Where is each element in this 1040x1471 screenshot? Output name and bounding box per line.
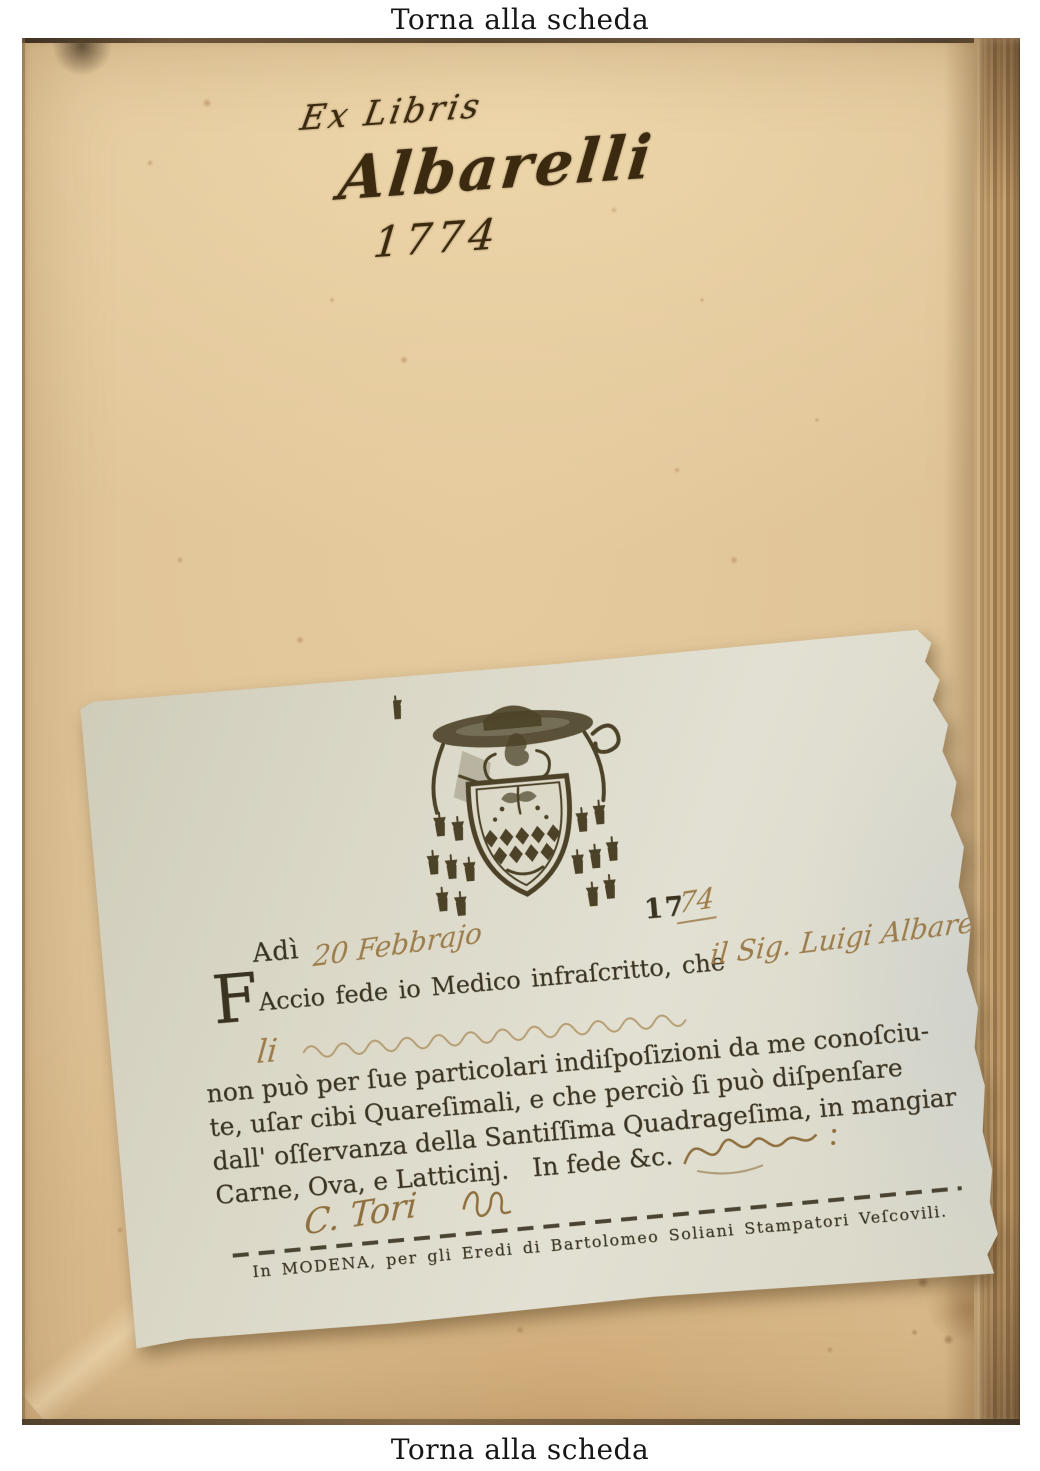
viewer-page: Torna alla scheda Ex Libris Albarelli 17… (0, 0, 1040, 1471)
coat-of-arms-icon (393, 676, 644, 927)
back-to-record-link-top[interactable]: Torna alla scheda (0, 3, 1040, 36)
handwritten-name-continuation: li (255, 1031, 279, 1071)
printed-date-prefix: Adì (251, 935, 300, 969)
signature-monogram-icon (453, 1174, 527, 1224)
page-bottom-edge (22, 1419, 1020, 1425)
book-page-scan: Ex Libris Albarelli 1774 (22, 38, 1020, 1425)
certificate-slip-wrap: Adì 20 Febbrajo 17 74 F Accio fede io Me… (80, 627, 1001, 1348)
handwritten-year: 74 (677, 880, 718, 924)
page-left-edge (22, 38, 25, 1425)
page-top-edge (22, 38, 1020, 43)
handwritten-patient-name: il Sig. Luigi Albarel= (709, 902, 1008, 972)
drop-cap: F (210, 965, 261, 1035)
handwritten-date: 20 Febbrajo (312, 916, 483, 973)
certificate-slip: Adì 20 Febbrajo 17 74 F Accio fede io Me… (80, 627, 1001, 1348)
back-to-record-link-bottom[interactable]: Torna alla scheda (0, 1433, 1040, 1466)
ex-libris-inscription: Ex Libris Albarelli 1774 (271, 72, 702, 274)
